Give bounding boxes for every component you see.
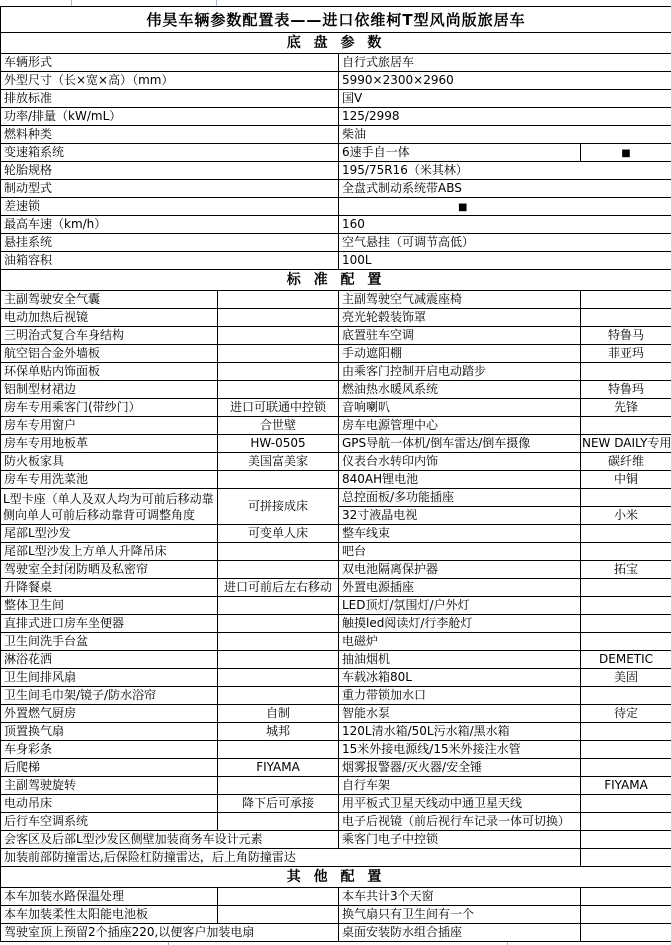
cell-label[interactable]: 电动加热后视镜 bbox=[1, 309, 218, 327]
cell-value[interactable]: 5990×2300×2960 bbox=[339, 72, 671, 90]
cell-label[interactable]: 840AH锂电池 bbox=[339, 471, 581, 489]
cell-label[interactable]: 燃油热水暖风系统 bbox=[339, 381, 581, 399]
cell-label[interactable]: 房车专用乘客门(带纱门） bbox=[1, 399, 218, 417]
cell-value[interactable] bbox=[218, 687, 339, 705]
cell-label[interactable]: 重力带锁加水口 bbox=[339, 687, 581, 705]
cell-value[interactable]: 195/75R16（米其林） bbox=[339, 162, 671, 180]
table-row: 卫生间排风扇车载冰箱80L美固 bbox=[1, 669, 671, 687]
table-row: 伟昊车辆参数配置表——进口依维柯T型风尚版旅居车 bbox=[1, 7, 671, 33]
cell-brand[interactable] bbox=[581, 363, 671, 381]
cell-label[interactable]: 电动吊床 bbox=[1, 795, 218, 813]
cell-value[interactable] bbox=[218, 669, 339, 687]
cell-label[interactable]: 房车电源管理中心 bbox=[339, 417, 581, 435]
cell-value[interactable] bbox=[218, 597, 339, 615]
cell-label[interactable]: 尾部L型沙发 bbox=[1, 525, 218, 543]
table-row: 轮胎规格195/75R16（米其林） bbox=[1, 162, 671, 180]
cell-brand[interactable] bbox=[581, 924, 671, 942]
cell-value[interactable] bbox=[218, 633, 339, 651]
cell-value[interactable] bbox=[218, 813, 339, 831]
cell-label[interactable]: 本车加装柔性太阳能电池板 bbox=[1, 906, 218, 924]
table-row: 主副驾驶安全气囊主副驾驶空气减震座椅 bbox=[1, 291, 671, 309]
table-row: 制动型式全盘式制动系统带ABS bbox=[1, 180, 671, 198]
table-row: 变速箱系统6速手自一体■ bbox=[1, 144, 671, 162]
cell-label[interactable]: 主副驾驶空气减震座椅 bbox=[339, 291, 581, 309]
spec-table: 伟昊车辆参数配置表——进口依维柯T型风尚版旅居车 底 盘 参 数 车辆形式自行式… bbox=[0, 6, 671, 942]
cell-text-line: L型卡座（单人及双人均为可前后移动靠 bbox=[3, 492, 214, 506]
cell-value[interactable]: 合世壁 bbox=[218, 417, 339, 435]
cell-label[interactable]: 车载冰箱80L bbox=[339, 669, 581, 687]
cell-label[interactable]: 加装前部防撞雷达,后保险杠防撞雷达，后上角防撞雷达 bbox=[1, 849, 581, 867]
cell-brand[interactable] bbox=[581, 759, 671, 777]
cell-value[interactable]: 全盘式制动系统带ABS bbox=[339, 180, 671, 198]
cell-label[interactable]: 15米外接电源线/15米外接注水管 bbox=[339, 741, 581, 759]
cell-label[interactable]: 悬挂系统 bbox=[1, 234, 339, 252]
table-row: 房车专用窗户合世壁房车电源管理中心 bbox=[1, 417, 671, 435]
cell-label[interactable]: 车身彩条 bbox=[1, 741, 218, 759]
cell-value[interactable]: 柴油 bbox=[339, 126, 671, 144]
cell-label[interactable]: 吧台 bbox=[339, 543, 581, 561]
cell-brand[interactable] bbox=[581, 849, 671, 867]
cell-value[interactable]: 空气悬挂（可调节高低） bbox=[339, 234, 671, 252]
gridline bbox=[216, 0, 217, 6]
table-row: 加装前部防撞雷达,后保险杠防撞雷达，后上角防撞雷达 bbox=[1, 849, 671, 867]
cell-brand[interactable] bbox=[581, 723, 671, 741]
table-row: 其 他 配 置 bbox=[1, 867, 671, 888]
table-row: 主副驾驶旋转自行车架FIYAMA bbox=[1, 777, 671, 795]
table-row: 升降餐桌进口可前后左右移动外置电源插座 bbox=[1, 579, 671, 597]
cell-value[interactable] bbox=[218, 327, 339, 345]
cell-brand[interactable]: NEW DAILY专用 bbox=[581, 435, 671, 453]
top-gridline-strip bbox=[0, 0, 671, 6]
cell-brand[interactable] bbox=[581, 579, 671, 597]
table-row: 环保单贴内饰面板由乘客门控制开启电动踏步 bbox=[1, 363, 671, 381]
cell-brand[interactable]: DEMETIC bbox=[581, 651, 671, 669]
cell-brand[interactable] bbox=[581, 543, 671, 561]
cell-label[interactable]: 卫生间洗手台盆 bbox=[1, 633, 218, 651]
cell-label[interactable]: 最高车速（km/h） bbox=[1, 216, 339, 234]
cell-value[interactable]: 自制 bbox=[218, 705, 339, 723]
cell-brand[interactable] bbox=[581, 417, 671, 435]
cell-value[interactable]: 125/2998 bbox=[339, 108, 671, 126]
table-row: 车辆形式自行式旅居车 bbox=[1, 54, 671, 72]
table-row: 本车加装柔性太阳能电池板换气扇只有卫生间有一个 bbox=[1, 906, 671, 924]
table-row: 本车加装水路保温处理本车共计3个天窗 bbox=[1, 888, 671, 906]
table-row: 淋浴花洒抽油烟机DEMETIC bbox=[1, 651, 671, 669]
gridline bbox=[71, 0, 72, 6]
table-row: 房车专用地板革HW-0505GPS导航一体机/倒车雷达/倒车摄像NEW DAIL… bbox=[1, 435, 671, 453]
cell-brand[interactable] bbox=[581, 525, 671, 543]
cell-label[interactable]: 本车加装水路保温处理 bbox=[1, 888, 218, 906]
cell-brand[interactable]: 中铜 bbox=[581, 471, 671, 489]
cell-brand[interactable]: 特鲁马 bbox=[581, 327, 671, 345]
cell-value[interactable] bbox=[218, 888, 339, 906]
cell-value[interactable] bbox=[218, 471, 339, 489]
cell-label[interactable]: 电磁炉 bbox=[339, 633, 581, 651]
cell-label[interactable]: 环保单贴内饰面板 bbox=[1, 363, 218, 381]
cell-label[interactable]: 整车线束 bbox=[339, 525, 581, 543]
cell-value[interactable]: 可拼接成床 bbox=[218, 489, 339, 525]
cell-label[interactable]: 卫生间毛巾架/镜子/防水浴帘 bbox=[1, 687, 218, 705]
cell-value[interactable]: 100L bbox=[339, 252, 671, 270]
cell-brand[interactable]: 特鲁玛 bbox=[581, 381, 671, 399]
cell-value[interactable]: 城邦 bbox=[218, 723, 339, 741]
cell-brand[interactable]: 碳纤维 bbox=[581, 453, 671, 471]
cell-value[interactable] bbox=[218, 309, 339, 327]
table-row: 尾部L型沙发可变单人床整车线束 bbox=[1, 525, 671, 543]
cell-brand[interactable] bbox=[581, 309, 671, 327]
cell-value[interactable] bbox=[218, 381, 339, 399]
cell-value[interactable] bbox=[218, 345, 339, 363]
cell-label[interactable]: 油箱容积 bbox=[1, 252, 339, 270]
cell-label[interactable]: 手动遮阳棚 bbox=[339, 345, 581, 363]
cell-brand[interactable]: 拓宝 bbox=[581, 561, 671, 579]
section-header-standard[interactable]: 标 准 配 置 bbox=[1, 270, 671, 291]
cell-label[interactable]: 主副驾驶旋转 bbox=[1, 777, 218, 795]
cell-brand[interactable] bbox=[581, 795, 671, 813]
cell-brand[interactable] bbox=[581, 888, 671, 906]
cell-checkmark[interactable]: ■ bbox=[339, 198, 671, 216]
cell-value[interactable]: 美国富美家 bbox=[218, 453, 339, 471]
cell-label[interactable]: 轮胎规格 bbox=[1, 162, 339, 180]
section-header-other[interactable]: 其 他 配 置 bbox=[1, 867, 671, 888]
cell-brand[interactable]: FIYAMA bbox=[581, 777, 671, 795]
cell-label[interactable]: 制动型式 bbox=[1, 180, 339, 198]
cell-value[interactable] bbox=[218, 777, 339, 795]
table-row: 底 盘 参 数 bbox=[1, 33, 671, 54]
cell-label[interactable]: 驾驶室全封闭防晒及私密帘 bbox=[1, 561, 218, 579]
cell-label[interactable]: 功率/排量（kW/mL） bbox=[1, 108, 339, 126]
table-row: L型卡座（单人及双人均为可前后移动靠侧向单人可前后移动靠背可调整角度 可拼接成床… bbox=[1, 489, 671, 507]
cell-label[interactable]: 烟雾报警器/灭火器/安全锤 bbox=[339, 759, 581, 777]
table-row: 卫生间毛巾架/镜子/防水浴帘重力带锁加水口 bbox=[1, 687, 671, 705]
table-row: 房车专用洗菜池840AH锂电池中铜 bbox=[1, 471, 671, 489]
cell-value[interactable] bbox=[218, 543, 339, 561]
cell-brand[interactable]: 先锋 bbox=[581, 399, 671, 417]
cell-checkmark[interactable]: ■ bbox=[581, 144, 671, 162]
table-row: 差速锁■ bbox=[1, 198, 671, 216]
cell-value[interactable]: 进口可联通中控锁 bbox=[218, 399, 339, 417]
table-row: 防火板家具美国富美家仪表台水转印内饰碳纤维 bbox=[1, 453, 671, 471]
cell-label[interactable]: 三明治式复合车身结构 bbox=[1, 327, 218, 345]
cell-brand[interactable]: 待定 bbox=[581, 705, 671, 723]
cell-label[interactable]: 后爬梯 bbox=[1, 759, 218, 777]
cell-brand[interactable] bbox=[581, 633, 671, 651]
cell-brand[interactable] bbox=[581, 615, 671, 633]
cell-value[interactable]: FIYAMA bbox=[218, 759, 339, 777]
cell-label[interactable]: 防火板家具 bbox=[1, 453, 218, 471]
cell-label[interactable]: 卫生间排风扇 bbox=[1, 669, 218, 687]
cell-label[interactable]: 整体卫生间 bbox=[1, 597, 218, 615]
filled-square-icon: ■ bbox=[458, 202, 467, 213]
cell-value[interactable] bbox=[218, 741, 339, 759]
cell-label[interactable]: 双电池隔离保护器 bbox=[339, 561, 581, 579]
cell-label[interactable]: 排放标准 bbox=[1, 90, 339, 108]
cell-label[interactable]: 后行车空调系统 bbox=[1, 813, 218, 831]
table-row: 车身彩条15米外接电源线/15米外接注水管 bbox=[1, 741, 671, 759]
cell-value[interactable] bbox=[218, 615, 339, 633]
table-row: 会客区及后部L型沙发区侧壁加装商务车设计元素乘客门电子中控锁 bbox=[1, 831, 671, 849]
cell-brand[interactable] bbox=[581, 831, 671, 849]
table-row: 外置燃气厨房自制智能水泵待定 bbox=[1, 705, 671, 723]
cell-label[interactable]: 32寸液晶电视 bbox=[339, 507, 581, 525]
cell-label[interactable]: 用平板式卫星天线动中通卫星天线 bbox=[339, 795, 581, 813]
cell-label[interactable]: 房车专用地板革 bbox=[1, 435, 218, 453]
cell-label[interactable]: 亮光轮毂装饰罩 bbox=[339, 309, 581, 327]
table-row: 标 准 配 置 bbox=[1, 270, 671, 291]
cell-label[interactable]: L型卡座（单人及双人均为可前后移动靠侧向单人可前后移动靠背可调整角度 bbox=[1, 489, 218, 525]
cell-value[interactable]: 可变单人床 bbox=[218, 525, 339, 543]
cell-label[interactable]: 尾部L型沙发上方单人升降吊床 bbox=[1, 543, 218, 561]
table-row: 顶置换气扇城邦120L清水箱/50L污水箱/黑水箱 bbox=[1, 723, 671, 741]
table-row: 房车专用乘客门(带纱门）进口可联通中控锁音响喇叭先锋 bbox=[1, 399, 671, 417]
cell-label[interactable]: 外型尺寸（长×宽×高）（mm） bbox=[1, 72, 339, 90]
table-row: 驾驶室全封闭防晒及私密帘双电池隔离保护器拓宝 bbox=[1, 561, 671, 579]
table-row: 后爬梯FIYAMA烟雾报警器/灭火器/安全锤 bbox=[1, 759, 671, 777]
table-row: 尾部L型沙发上方单人升降吊床吧台 bbox=[1, 543, 671, 561]
cell-brand[interactable] bbox=[581, 906, 671, 924]
table-row: 整体卫生间LED顶灯/氛围灯/户外灯 bbox=[1, 597, 671, 615]
table-row: 三明治式复合车身结构底置驻车空调特鲁马 bbox=[1, 327, 671, 345]
table-row: 电动吊床降下后可承接用平板式卫星天线动中通卫星天线 bbox=[1, 795, 671, 813]
cell-value[interactable] bbox=[218, 561, 339, 579]
cell-value[interactable]: 160 bbox=[339, 216, 671, 234]
cell-brand[interactable] bbox=[581, 597, 671, 615]
cell-value[interactable] bbox=[218, 291, 339, 309]
cell-brand[interactable]: 小米 bbox=[581, 507, 671, 525]
table-row: 后行车空调系统电子后视镜（前后视行车记录一体可切换） bbox=[1, 813, 671, 831]
cell-label[interactable]: LED顶灯/氛围灯/户外灯 bbox=[339, 597, 581, 615]
cell-label[interactable]: 抽油烟机 bbox=[339, 651, 581, 669]
cell-label[interactable]: 外置燃气厨房 bbox=[1, 705, 218, 723]
cell-text-line: 侧向单人可前后移动靠背可调整角度 bbox=[3, 508, 195, 522]
cell-label[interactable]: 房车专用洗菜池 bbox=[1, 471, 218, 489]
cell-label[interactable]: 由乘客门控制开启电动踏步 bbox=[339, 363, 581, 381]
cell-label[interactable]: 驾驶室顶上预留2个插座220,以便客户加装电扇 bbox=[1, 924, 339, 942]
cell-brand[interactable] bbox=[581, 813, 671, 831]
cell-brand[interactable] bbox=[581, 489, 671, 507]
cell-value[interactable]: 国V bbox=[339, 90, 671, 108]
table-row: 铝制型材裙边燃油热水暖风系统特鲁玛 bbox=[1, 381, 671, 399]
filled-square-icon: ■ bbox=[621, 148, 630, 159]
cell-label[interactable]: 房车专用窗户 bbox=[1, 417, 218, 435]
cell-label[interactable]: 直排式进口房车坐便器 bbox=[1, 615, 218, 633]
cell-label[interactable]: 外置电源插座 bbox=[339, 579, 581, 597]
cell-brand[interactable]: 美固 bbox=[581, 669, 671, 687]
cell-brand[interactable]: 菲亚玛 bbox=[581, 345, 671, 363]
cell-label[interactable]: 燃料种类 bbox=[1, 126, 339, 144]
cell-label[interactable]: 音响喇叭 bbox=[339, 399, 581, 417]
cell-label[interactable]: 自行车架 bbox=[339, 777, 581, 795]
cell-value[interactable] bbox=[218, 906, 339, 924]
cell-label[interactable]: 车辆形式 bbox=[1, 54, 339, 72]
table-row: 悬挂系统空气悬挂（可调节高低） bbox=[1, 234, 671, 252]
table-row: 电动加热后视镜亮光轮毂装饰罩 bbox=[1, 309, 671, 327]
cell-value[interactable]: HW-0505 bbox=[218, 435, 339, 453]
table-row: 功率/排量（kW/mL）125/2998 bbox=[1, 108, 671, 126]
cell-label[interactable]: 顶置换气扇 bbox=[1, 723, 218, 741]
cell-label[interactable]: 换气扇只有卫生间有一个 bbox=[339, 906, 581, 924]
cell-label[interactable]: 铝制型材裙边 bbox=[1, 381, 218, 399]
table-row: 航空铝合金外墙板手动遮阳棚菲亚玛 bbox=[1, 345, 671, 363]
cell-label[interactable]: 乘客门电子中控锁 bbox=[339, 831, 581, 849]
cell-brand[interactable] bbox=[581, 741, 671, 759]
cell-value[interactable] bbox=[218, 363, 339, 381]
cell-label[interactable]: 智能水泵 bbox=[339, 705, 581, 723]
table-row: 卫生间洗手台盆电磁炉 bbox=[1, 633, 671, 651]
cell-label[interactable]: 桌面安装防水组合插座 bbox=[339, 924, 581, 942]
cell-label[interactable]: 淋浴花洒 bbox=[1, 651, 218, 669]
table-row: 油箱容积100L bbox=[1, 252, 671, 270]
cell-label[interactable]: 底置驻车空调 bbox=[339, 327, 581, 345]
cell-label[interactable]: 触摸led阅读灯/行李舱灯 bbox=[339, 615, 581, 633]
cell-label[interactable]: 本车共计3个天窗 bbox=[339, 888, 581, 906]
table-row: 燃料种类柴油 bbox=[1, 126, 671, 144]
table-row: 直排式进口房车坐便器触摸led阅读灯/行李舱灯 bbox=[1, 615, 671, 633]
cell-label[interactable]: 主副驾驶安全气囊 bbox=[1, 291, 218, 309]
table-row: 最高车速（km/h）160 bbox=[1, 216, 671, 234]
cell-label[interactable]: 电子后视镜（前后视行车记录一体可切换） bbox=[339, 813, 581, 831]
sheet-title[interactable]: 伟昊车辆参数配置表——进口依维柯T型风尚版旅居车 bbox=[1, 7, 671, 33]
cell-value[interactable]: 6速手自一体 bbox=[339, 144, 581, 162]
spreadsheet: 伟昊车辆参数配置表——进口依维柯T型风尚版旅居车 底 盘 参 数 车辆形式自行式… bbox=[0, 0, 671, 898]
cell-brand[interactable] bbox=[581, 291, 671, 309]
cell-value[interactable]: 进口可前后左右移动 bbox=[218, 579, 339, 597]
table-row: 外型尺寸（长×宽×高）（mm）5990×2300×2960 bbox=[1, 72, 671, 90]
cell-label[interactable]: 总控面板/多功能插座 bbox=[339, 489, 581, 507]
cell-label[interactable]: 120L清水箱/50L污水箱/黑水箱 bbox=[339, 723, 581, 741]
section-header-chassis[interactable]: 底 盘 参 数 bbox=[1, 33, 671, 54]
cell-label[interactable]: 升降餐桌 bbox=[1, 579, 218, 597]
table-row: 排放标准国V bbox=[1, 90, 671, 108]
cell-label[interactable]: 航空铝合金外墙板 bbox=[1, 345, 218, 363]
table-row: 驾驶室顶上预留2个插座220,以便客户加装电扇桌面安装防水组合插座 bbox=[1, 924, 671, 942]
cell-brand[interactable] bbox=[581, 687, 671, 705]
cell-label[interactable]: 仪表台水转印内饰 bbox=[339, 453, 581, 471]
cell-label[interactable]: 变速箱系统 bbox=[1, 144, 339, 162]
cell-value[interactable]: 降下后可承接 bbox=[218, 795, 339, 813]
cell-label[interactable]: 差速锁 bbox=[1, 198, 339, 216]
cell-label[interactable]: GPS导航一体机/倒车雷达/倒车摄像 bbox=[339, 435, 581, 453]
cell-value[interactable] bbox=[218, 651, 339, 669]
cell-label[interactable]: 会客区及后部L型沙发区侧壁加装商务车设计元素 bbox=[1, 831, 339, 849]
cell-value[interactable]: 自行式旅居车 bbox=[339, 54, 671, 72]
